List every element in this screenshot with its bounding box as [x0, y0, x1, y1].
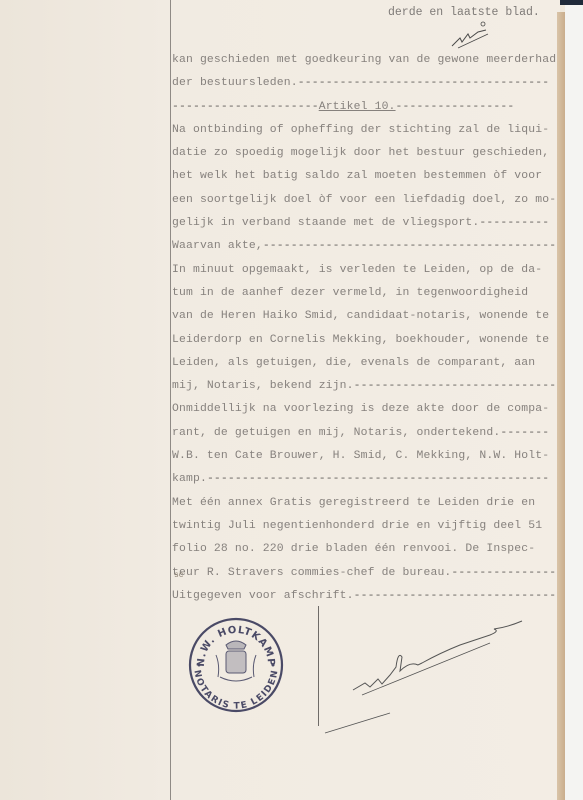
- text-line: Leiderdorp en Cornelis Mekking, boekhoud…: [172, 329, 557, 352]
- notary-seal-stamp: N.W. HOLTKAMP NOTARIS TE LEIDEN: [186, 615, 286, 715]
- correction-mark: sc: [174, 571, 184, 580]
- text-line: In minuut opgemaakt, is verleden te Leid…: [172, 259, 557, 282]
- coat-of-arms-icon: [216, 641, 256, 681]
- text-line: Waarvan akte,---------------------------…: [172, 235, 557, 258]
- scan-background: [565, 0, 583, 800]
- left-margin-line: [170, 0, 171, 800]
- text-line: het welk het batig saldo zal moeten best…: [172, 165, 557, 188]
- text-line: rant, de getuigen en mij, Notaris, onder…: [172, 422, 557, 445]
- text-line: Leiden, als getuigen, die, evenals de co…: [172, 352, 557, 375]
- text-line: datie zo spoedig mogelijk door het bestu…: [172, 142, 557, 165]
- text-line: tum in de aanhef dezer vermeld, in tegen…: [172, 282, 557, 305]
- text-line: van de Heren Haiko Smid, candidaat-notar…: [172, 305, 557, 328]
- text-line: gelijk in verband staande met de vliegsp…: [172, 212, 557, 235]
- article-heading-line: ---------------------Artikel 10.--------…: [172, 96, 557, 119]
- text-line: der bestuursleden.----------------------…: [172, 72, 557, 95]
- text-line: kan geschieden met goedkeuring van de ge…: [172, 49, 557, 72]
- document-body: kan geschieden met goedkeuring van de ge…: [172, 49, 557, 608]
- scan-background-dark-corner: [560, 0, 583, 5]
- stamp-bottom-text: NOTARIS TE LEIDEN: [191, 669, 280, 711]
- text-line: W.B. ten Cate Brouwer, H. Smid, C. Mekki…: [172, 445, 557, 468]
- text-line: Na ontbinding of opheffing der stichting…: [172, 119, 557, 142]
- page-edge: [557, 12, 565, 800]
- article-heading: Artikel 10.: [319, 101, 396, 113]
- text-line: een soortgelijk doel òf voor een liefdad…: [172, 189, 557, 212]
- text-line: twintig Juli negentienhonderd drie en vi…: [172, 515, 557, 538]
- text-line: kamp.-----------------------------------…: [172, 468, 557, 491]
- text-line: mij, Notaris, bekend zijn.--------------…: [172, 375, 557, 398]
- notary-signature: [290, 605, 530, 735]
- handwritten-initials: [450, 20, 510, 50]
- page-header-note: derde en laatste blad.: [388, 6, 540, 19]
- svg-text:NOTARIS TE LEIDEN: NOTARIS TE LEIDEN: [191, 669, 280, 711]
- text-line: teur R. Stravers commies-chef de bureau.…: [172, 562, 557, 585]
- text-line: Met één annex Gratis geregistreerd te Le…: [172, 492, 557, 515]
- text-line: Onmiddellijk na voorlezing is deze akte …: [172, 398, 557, 421]
- text-line: folio 28 no. 220 drie bladen één renvooi…: [172, 538, 557, 561]
